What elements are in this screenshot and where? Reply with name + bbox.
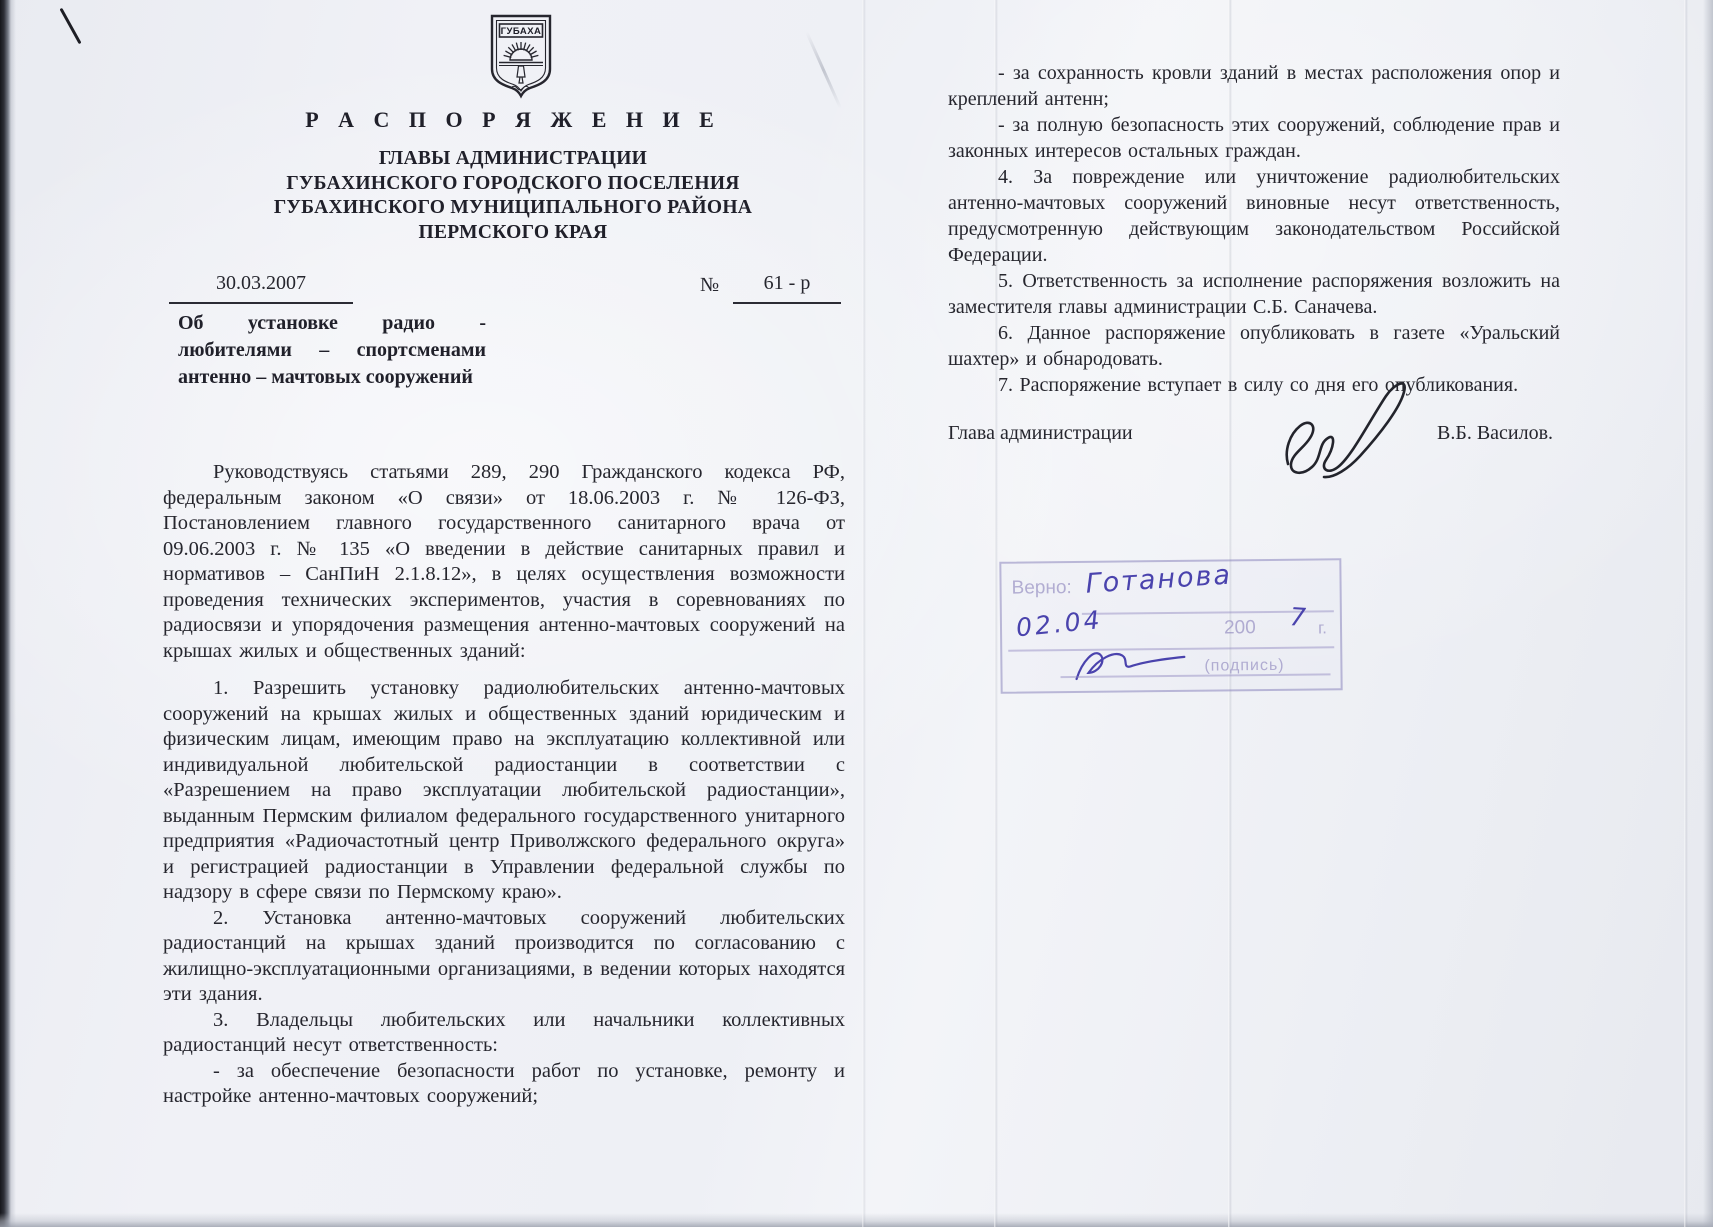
pen-mark [59,8,81,44]
paragraph-item-6: 6. Данное распоряжение опубликовать в га… [948,320,1560,372]
paragraph-item-3c: - за полную безопасность этих сооружений… [948,112,1560,164]
scanner-edge-shadow-left [0,0,16,1227]
issuing-authority: ГЛАВЫ АДМИНИСТРАЦИИ ГУБАХИНСКОГО ГОРОДСК… [163,147,863,245]
paragraph-item-3a: - за обеспечение безопасности работ по у… [163,1059,845,1110]
paragraph-item-1: 1. Разрешить установку радиолюбительских… [163,676,845,906]
stamp-date-handwritten: 02.04 [1015,605,1104,642]
coat-of-arms-icon: ГУБАХА [489,13,553,99]
paper-crease-diagonal [805,31,842,109]
signatory-title: Глава администрации [948,422,1133,445]
document-number: 61 - р [733,272,841,304]
number-sign: № [700,274,719,297]
paragraph-preamble: Руководствуясь статьями 289, 290 Граждан… [163,460,845,664]
paragraph-item-3: 3. Владельцы любительских или начальники… [163,1008,845,1059]
stamp-certified-label: Верно: [1011,577,1071,600]
certification-stamp: Верно: Готанова 02.04 200 7 г. (подпись) [999,558,1342,694]
paragraph-item-2: 2. Установка антенно-мачтовых сооружений… [163,906,845,1008]
authority-line: ГУБАХИНСКОГО ГОРОДСКОГО ПОСЕЛЕНИЯ [163,172,863,197]
paragraph-item-4: 4. За повреждение или уничтожение радиол… [948,164,1560,268]
paragraph-item-7: 7. Распоряжение вступает в силу со дня е… [948,372,1560,398]
emblem-label: ГУБАХА [501,26,542,37]
body-left-column: Руководствуясь статьями 289, 290 Граждан… [163,460,845,1110]
authority-line: ГЛАВЫ АДМИНИСТРАЦИИ [163,147,863,172]
authority-line: ПЕРМСКОГО КРАЯ [163,221,863,246]
stamp-year-suffix: г. [1318,618,1327,638]
stamp-year-prefix: 200 [1224,617,1256,639]
scanned-document-page: ГУБАХА Р А С П О Р Я Ж Е Н И Е ГЛАВЫ АДМ… [0,0,1713,1227]
date-number-row: 30.03.2007 № 61 - р [163,272,863,312]
stamp-signature [1068,638,1193,687]
paragraph-item-5: 5. Ответственность за исполнение распоря… [948,268,1560,320]
head-signature [1272,372,1422,487]
document-type-title: Р А С П О Р Я Ж Е Н И Е [163,107,863,133]
body-right-column: - за сохранность кровли зданий в местах … [948,60,1560,398]
document-date: 30.03.2007 [169,272,353,304]
stamp-signature-label: (подпись) [1204,657,1284,676]
stamp-year-digit-handwritten: 7 [1289,602,1307,632]
paper-crease [1684,0,1688,1227]
signatory-name: В.Б. Василов. [1437,422,1553,445]
scanner-edge-shadow-right [1703,0,1713,1227]
authority-line: ГУБАХИНСКОГО МУНИЦИПАЛЬНОГО РАЙОНА [163,196,863,221]
scanner-edge-shadow-bottom [0,1213,1713,1227]
stamp-name-handwritten: Готанова [1085,560,1233,600]
paragraph-item-3b: - за сохранность кровли зданий в местах … [948,60,1560,112]
document-subject: Об установке радио - любителями – спортс… [178,310,486,391]
